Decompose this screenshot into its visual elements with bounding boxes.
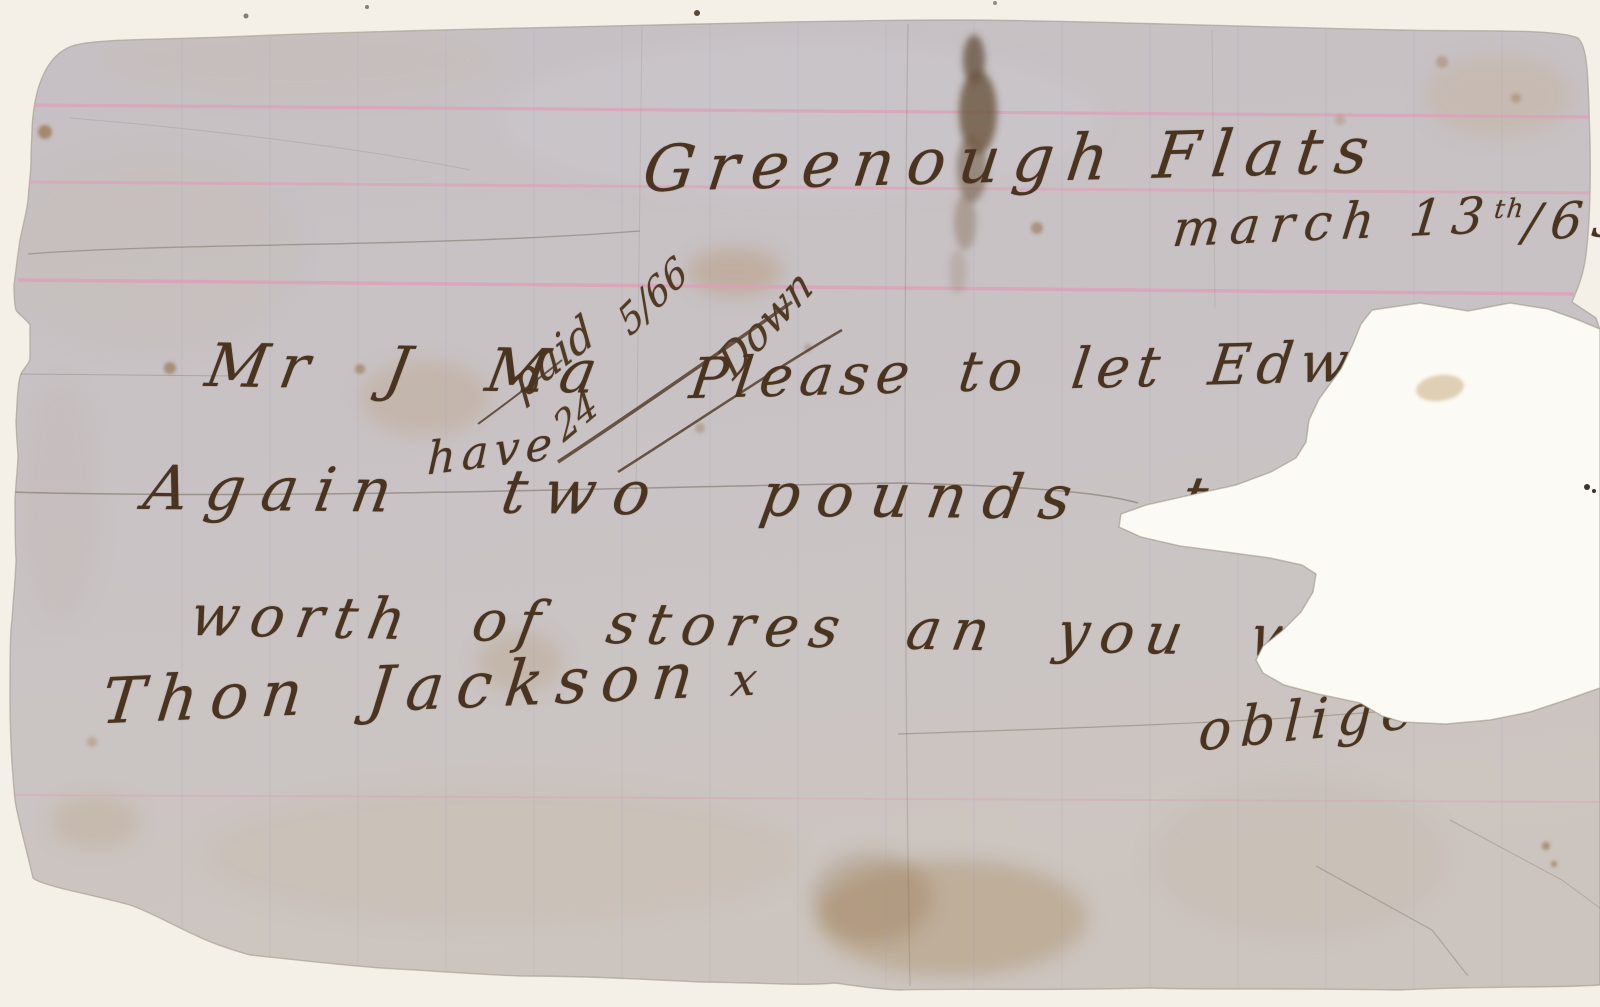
place-line: Greenough Flats [640, 119, 1386, 203]
scribble-date: 5/66 [612, 250, 694, 343]
date-main: march 13 [1170, 186, 1497, 258]
amount-line: Again two pounds tw [140, 458, 1299, 531]
signature-name: Thon Jackson [98, 639, 710, 739]
signature-mark: x [728, 652, 773, 707]
signature-line: Thon Jacksonx [99, 641, 774, 734]
document-scan: Greenough Flats march 13th/63 paid 24 5/… [0, 0, 1600, 1007]
request-line: Please to let Edw [687, 335, 1359, 409]
date-year: /63 [1521, 193, 1600, 248]
closing-word: oblige [1197, 680, 1424, 759]
handwriting-layer: Greenough Flats march 13th/63 paid 24 5/… [0, 0, 1600, 1007]
date-line: march 13th/63 [1170, 184, 1600, 254]
date-superscript: th [1493, 193, 1528, 225]
salutation-line: Mr J Ma [201, 336, 613, 403]
